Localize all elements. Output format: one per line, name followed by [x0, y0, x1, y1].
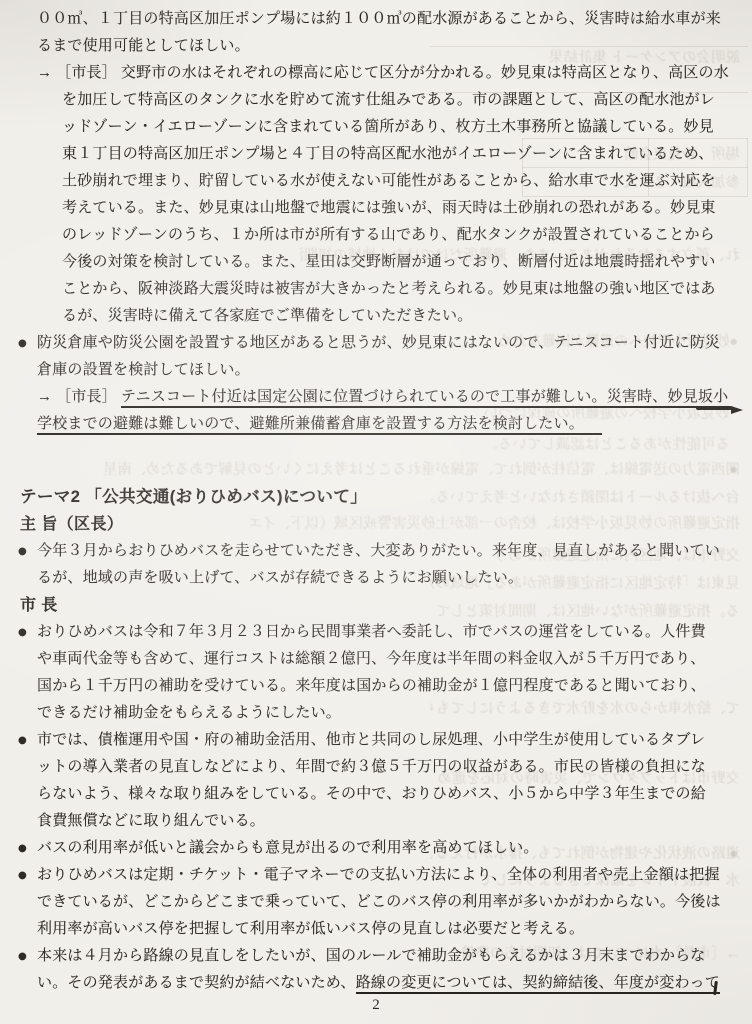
bleed-through-text: ●	[724, 461, 738, 479]
reply-continuation-line: 今後の対策を検討している。また、星田は交野断層が通っており、断層付近は地震時揺れ…	[62, 249, 723, 276]
text-line: や車両代金等も含めて、運行コストは総額２億円、今年度は半年間の料金収入が５千万円…	[37, 646, 723, 673]
text-span: 東１丁目の特高区加圧ポンプ場と４丁目の特高区配水池がイエローゾーンに含まれている…	[62, 146, 714, 162]
mayor-reply-line: → ［市長］ テニスコート付近は国定公園に位置づけられているので工事が難しい。災…	[37, 384, 723, 411]
text-span: → ［市長］	[37, 389, 121, 405]
bullet-item: ●おりひめバスは令和７年３月２３日から民間事業者へ委託し、市でバスの運営をしてい…	[37, 619, 723, 646]
text-span: 市 長	[20, 597, 58, 614]
text-span: 利用率が高いバス停を把握して利用率が低いバス停の見直しは必要だと考える。	[37, 921, 584, 937]
reply-continuation-line: を加圧して特高区のタンクに水を貯めて流す仕組みである。市の課題として、高区の配水…	[62, 87, 723, 114]
bullet-item: ●市では、債権運用や国・府の補助金活用、他市と共同のし尿処理、小中学生が使用して…	[37, 727, 723, 754]
text-line: 国から１千万円の補助を受けている。来年度は国からの補助金が１億円程度であると聞い…	[37, 673, 723, 700]
reply-continuation-line: るが、災害時に備えて各家庭でご準備をしていただきたい。	[62, 303, 723, 330]
text-span: を加圧して特高区のタンクに水を貯めて流す仕組みである。市の課題として、高区の配水…	[62, 92, 715, 108]
bullet-icon: ●	[18, 538, 27, 565]
text-line: らないよう、様々な取り組みをしている。その中で、おりひめバス、小５から中学３年生…	[37, 781, 723, 808]
text-span: ッドゾーン・イエローゾーンに含まれている箇所があり、枚方土木事務所と協議している…	[62, 119, 714, 135]
pen-underlined-text: 学校までの避難は難しいので、避難所兼備蓄倉庫を設置する方法を検討したい。	[37, 416, 602, 435]
bullet-item: ●バスの利用率が低いと議会からも意見が出るので利用率を高めてほしい。	[37, 835, 723, 862]
text-line: ００㎥、１丁目の特高区加圧ポンプ場には約１００㎥の配水源があることから、災害時は…	[37, 6, 723, 33]
text-line: できているが、どこからどこまで乗っていて、どこのバス停の利用率が多いかがわからな…	[37, 889, 723, 916]
text-span: らないよう、様々な取り組みをしている。その中で、おりひめバス、小５から中学３年生…	[37, 786, 706, 802]
section-subheading: 市 長	[20, 592, 723, 619]
text-span: できるだけ補助金をもらえるようにしたい。	[37, 705, 341, 721]
text-span: ットの導入業者の見直しなどにより、年間で約３億５千万円の収益がある。市民の皆様の…	[37, 759, 706, 775]
section-subheading: 主 旨（区長）	[20, 511, 723, 538]
pen-stroke	[696, 406, 732, 410]
text-line: 学校までの避難は難しいので、避難所兼備蓄倉庫を設置する方法を検討したい。	[37, 411, 723, 438]
bullet-icon: ●	[18, 619, 27, 646]
reply-continuation-line: 考えている。また、妙見東は山地盤で地震には強いが、雨天時は土砂崩れの恐れがある。…	[62, 195, 723, 222]
text-span: のレッドゾーンのうち、１か所は市が所有する山であり、配水タンクが設置されているこ…	[62, 227, 715, 243]
text-span: 今後の対策を検討している。また、星田は交野断層が通っており、断層付近は地震時揺れ…	[62, 254, 716, 270]
bleed-through-text: ●	[724, 333, 738, 351]
text-span: や車両代金等も含めて、運行コストは総額２億円、今年度は半年間の料金収入が５千万円…	[37, 651, 706, 667]
document-body: ００㎥、１丁目の特高区加圧ポンプ場には約１００㎥の配水源があることから、災害時は…	[37, 6, 723, 997]
reply-continuation-line: ッドゾーン・イエローゾーンに含まれている箇所があり、枚方土木事務所と協議している…	[62, 114, 723, 141]
text-line: できるだけ補助金をもらえるようにしたい。	[37, 700, 723, 727]
text-span: 防災倉庫や防災公園を設置する地区があると思うが、妙見東にはないので、テニスコート…	[37, 335, 720, 351]
text-line: るが、地域の声を吸い上げて、バスが存続できるようにお願いしたい。	[37, 565, 723, 592]
text-line: 食費無償などに取り組んでいる。	[37, 808, 723, 835]
pen-underlined-text: テニスコート付近は国定公園に位置づけられているので工事が難しい。災害時、妙見坂小	[121, 389, 728, 408]
text-span: できているが、どこからどこまで乗っていて、どこのバス停の利用率が多いかがわからな…	[37, 894, 721, 910]
bleed-table-line	[747, 138, 748, 196]
text-span: るまで使用可能としてほしい。	[37, 38, 250, 54]
text-span: 食費無償などに取り組んでいる。	[37, 813, 265, 829]
text-span: 国から１千万円の補助を受けている。来年度は国からの補助金が１億円程度であると聞い…	[37, 678, 706, 694]
bullet-icon: ●	[18, 727, 27, 754]
page-number: 2	[0, 997, 752, 1014]
bullet-icon: ●	[18, 862, 27, 889]
reply-continuation-line: ことから、阪神淡路大震災時は被害が大きかったと考えられる。妙見東は地盤の強い地区…	[62, 276, 723, 303]
text-span: 今年３月からおりひめバスを走らせていただき、大変ありがたい。来年度、見直しがある…	[37, 543, 720, 559]
text-line: 倉庫の設置を検討してほしい。	[37, 357, 723, 384]
text-span: ００㎥、１丁目の特高区加圧ポンプ場には約１００㎥の配水源があることから、災害時は…	[37, 11, 721, 27]
text-line: るまで使用可能としてほしい。	[37, 33, 723, 60]
text-span: るが、災害時に備えて各家庭でご準備をしていただきたい。	[62, 308, 472, 324]
text-span: 考えている。また、妙見東は山地盤で地震には強いが、雨天時は土砂崩れの恐れがある。…	[62, 200, 716, 216]
reply-continuation-line: のレッドゾーンのうち、１か所は市が所有する山であり、配水タンクが設置されているこ…	[62, 222, 723, 249]
bullet-icon: ●	[18, 835, 27, 862]
text-line: 利用率が高いバス停を把握して利用率が低いバス停の見直しは必要だと考える。	[37, 916, 723, 943]
text-span: 倉庫の設置を検討してほしい。	[37, 362, 250, 378]
text-span: おりひめバスは定期・チケット・電子マネーでの支払い方法により、全体の利用者や売上…	[37, 867, 720, 883]
bullet-item: ●今年３月からおりひめバスを走らせていただき、大変ありがたい。来年度、見直しがあ…	[37, 538, 723, 565]
pen-arrow-icon	[731, 406, 743, 414]
text-span: テーマ2 「公共交通(おりひめバス)について」	[20, 488, 367, 506]
bullet-item: ●防災倉庫や防災公園を設置する地区があると思うが、妙見東にはないので、テニスコー…	[37, 330, 723, 357]
text-span: 主 旨（区長）	[20, 516, 123, 533]
text-span: い。その発表があるまで契約が結べないため、	[37, 975, 356, 991]
text-line: ットの導入業者の見直しなどにより、年間で約３億５千万円の収益がある。市民の皆様の…	[37, 754, 723, 781]
text-span: 本来は４月から路線の見直しをしたいが、国のルールで補助金がもらえるかは３月末まで…	[37, 948, 706, 964]
text-line: い。その発表があるまで契約が結べないため、路線の変更については、契約締結後、年度…	[37, 970, 723, 997]
section-gap	[37, 438, 723, 484]
bullet-item: ●おりひめバスは定期・チケット・電子マネーでの支払い方法により、全体の利用者や売…	[37, 862, 723, 889]
bullet-icon: ●	[18, 330, 27, 357]
text-span: 市では、債権運用や国・府の補助金活用、他市と共同のし尿処理、小中学生が使用してい…	[37, 732, 705, 748]
bullet-icon: ●	[18, 943, 27, 970]
bleed-through-text: ●	[724, 845, 738, 863]
reply-continuation-line: 土砂崩れで埋まり、貯留している水が使えない可能性があることから、給水車で水を運ぶ…	[62, 168, 723, 195]
pen-underlined-text: 路線の変更については、契約締結後、年度が変わって	[356, 975, 720, 994]
mayor-reply-line: → ［市長］ 交野市の水はそれぞれの標高に応じて区分が分かれる。妙見東は特高区と…	[37, 60, 723, 87]
text-span: ことから、阪神淡路大震災時は被害が大きかったと考えられる。妙見東は地盤の強い地区…	[62, 281, 716, 297]
scanned-document-page: 説明会のアンケート 集計結果場所 妙見東会館参加人数 ２４人れ、孤立するおそれが…	[0, 0, 752, 1024]
text-span: → ［市長］ 交野市の水はそれぞれの標高に応じて区分が分かれる。妙見東は特高区と…	[37, 65, 729, 81]
text-span: おりひめバスは令和７年３月２３日から民間事業者へ委託し、市でバスの運営をしている…	[37, 624, 706, 640]
theme-heading: テーマ2 「公共交通(おりひめバス)について」	[20, 484, 723, 511]
text-span: バスの利用率が低いと議会からも意見が出るので利用率を高めてほしい。	[37, 840, 539, 856]
bullet-item: ●本来は４月から路線の見直しをしたいが、国のルールで補助金がもらえるかは３月末ま…	[37, 943, 723, 970]
text-span: るが、地域の声を吸い上げて、バスが存続できるようにお願いしたい。	[37, 570, 523, 586]
text-span: 土砂崩れで埋まり、貯留している水が使えない可能性があることから、給水車で水を運ぶ…	[62, 173, 716, 189]
reply-continuation-line: 東１丁目の特高区加圧ポンプ場と４丁目の特高区配水池がイエローゾーンに含まれている…	[62, 141, 723, 168]
